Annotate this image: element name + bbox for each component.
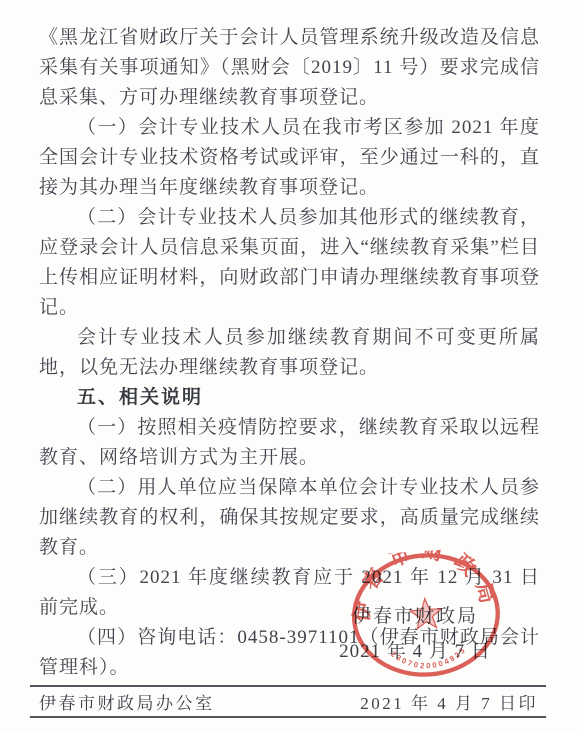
body-paragraph: （一）会计专业技术人员在我市考区参加 2021 年度全国会计专业技术资格考试或评… xyxy=(39,113,540,203)
document-page: 《黑龙江省财政厅关于会计人员管理系统升级改造及信息采集有关事项通知》（黑财会〔2… xyxy=(0,0,577,731)
body-paragraph: （一）按照相关疫情防控要求，继续教育采取以远程教育、网络培训方式为主开展。 xyxy=(39,413,540,473)
document-body: 《黑龙江省财政厅关于会计人员管理系统升级改造及信息采集有关事项通知》（黑财会〔2… xyxy=(39,23,540,683)
footer-print-date: 2021 年 4 月 7 日印 xyxy=(360,689,538,714)
section-heading: 五、相关说明 xyxy=(39,383,540,413)
body-paragraph: （二）会计专业技术人员参加其他形式的继续教育，应登录会计人员信息采集页面，进入“… xyxy=(39,203,540,323)
footer-bar: 伊春市财政局办公室 2021 年 4 月 7 日印 xyxy=(30,685,546,718)
issuer-name: 伊春市财政局 xyxy=(295,605,535,629)
signature-block: 伊春市财政局 2021 年 4 月 7 日 xyxy=(295,605,535,664)
body-paragraph: （二）用人单位应当保障本单位会计专业技术人员参加继续教育的权利，确保其按规定要求… xyxy=(39,473,540,563)
body-paragraph: 会计专业技术人员参加继续教育期间不可变更所属地，以免无法办理继续教育事项登记。 xyxy=(39,323,540,383)
body-paragraph: 《黑龙江省财政厅关于会计人员管理系统升级改造及信息采集有关事项通知》（黑财会〔2… xyxy=(39,23,540,113)
footer-office: 伊春市财政局办公室 xyxy=(39,689,215,714)
issue-date: 2021 年 4 月 7 日 xyxy=(295,640,535,664)
